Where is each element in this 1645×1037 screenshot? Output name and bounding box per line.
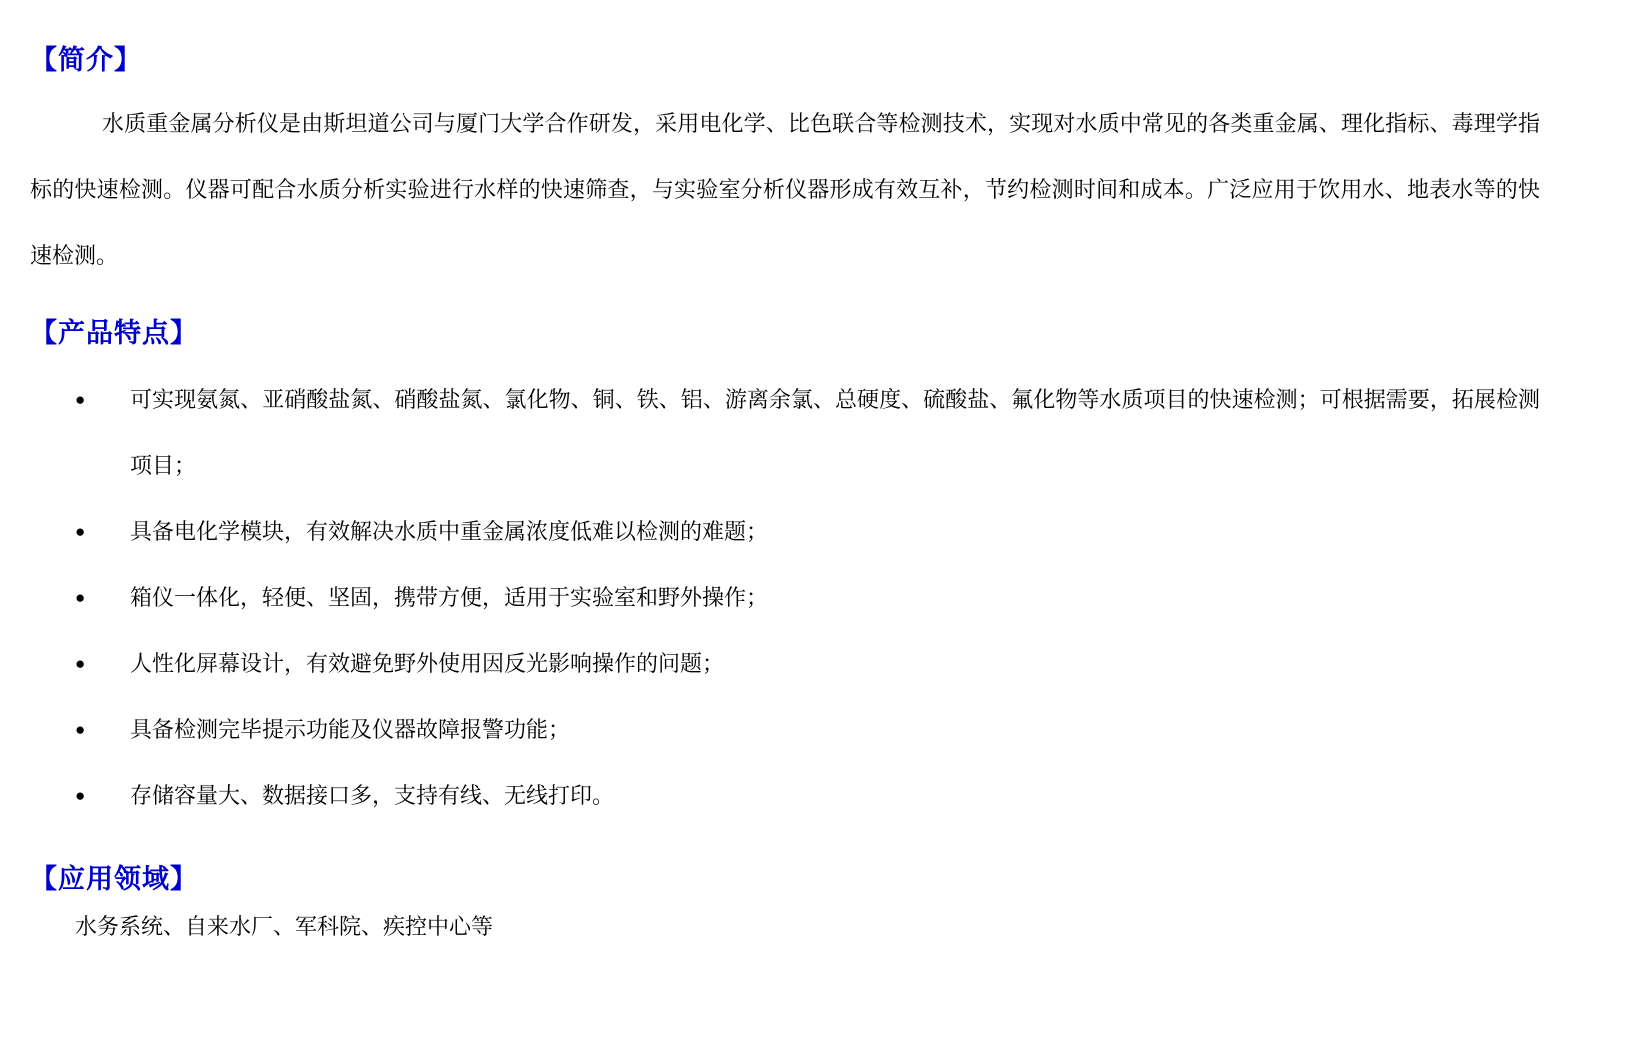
- feature-text: 具备电化学模块，有效解决水质中重金属浓度低难以检测的难题；: [130, 499, 1540, 565]
- applications-text: 水务系统、自来水厂、军科院、疾控中心等: [75, 905, 1540, 949]
- document-body: 【简介】 水质重金属分析仪是由斯坦道公司与厦门大学合作研发，采用电化学、比色联合…: [0, 0, 1540, 949]
- feature-text: 可实现氨氮、亚硝酸盐氮、硝酸盐氮、氯化物、铜、铁、铝、游离余氯、总硬度、硫酸盐、…: [130, 367, 1540, 499]
- intro-paragraph: 水质重金属分析仪是由斯坦道公司与厦门大学合作研发，采用电化学、比色联合等检测技术…: [30, 91, 1540, 289]
- feature-text: 存储容量大、数据接口多，支持有线、无线打印。: [130, 763, 1540, 829]
- list-item: ● 具备检测完毕提示功能及仪器故障报警功能；: [75, 697, 1540, 763]
- applications-section-heading: 【应用领域】: [30, 861, 1540, 897]
- bullet-icon: ●: [75, 367, 130, 433]
- list-item: ● 人性化屏幕设计，有效避免野外使用因反光影响操作的问题；: [75, 631, 1540, 697]
- feature-text: 人性化屏幕设计，有效避免野外使用因反光影响操作的问题；: [130, 631, 1540, 697]
- bullet-icon: ●: [75, 697, 130, 763]
- list-item: ● 可实现氨氮、亚硝酸盐氮、硝酸盐氮、氯化物、铜、铁、铝、游离余氯、总硬度、硫酸…: [75, 367, 1540, 499]
- document-page: 【简介】 水质重金属分析仪是由斯坦道公司与厦门大学合作研发，采用电化学、比色联合…: [0, 0, 1645, 1037]
- list-item: ● 存储容量大、数据接口多，支持有线、无线打印。: [75, 763, 1540, 829]
- bullet-icon: ●: [75, 499, 130, 565]
- list-item: ● 箱仪一体化，轻便、坚固，携带方便，适用于实验室和野外操作；: [75, 565, 1540, 631]
- bullet-icon: ●: [75, 631, 130, 697]
- intro-section-heading: 【简介】: [30, 42, 1540, 78]
- bullet-icon: ●: [75, 565, 130, 631]
- feature-text: 箱仪一体化，轻便、坚固，携带方便，适用于实验室和野外操作；: [130, 565, 1540, 631]
- list-item: ● 具备电化学模块，有效解决水质中重金属浓度低难以检测的难题；: [75, 499, 1540, 565]
- feature-list: ● 可实现氨氮、亚硝酸盐氮、硝酸盐氮、氯化物、铜、铁、铝、游离余氯、总硬度、硫酸…: [75, 367, 1540, 829]
- bullet-icon: ●: [75, 763, 130, 829]
- feature-text: 具备检测完毕提示功能及仪器故障报警功能；: [130, 697, 1540, 763]
- features-section-heading: 【产品特点】: [30, 315, 1540, 351]
